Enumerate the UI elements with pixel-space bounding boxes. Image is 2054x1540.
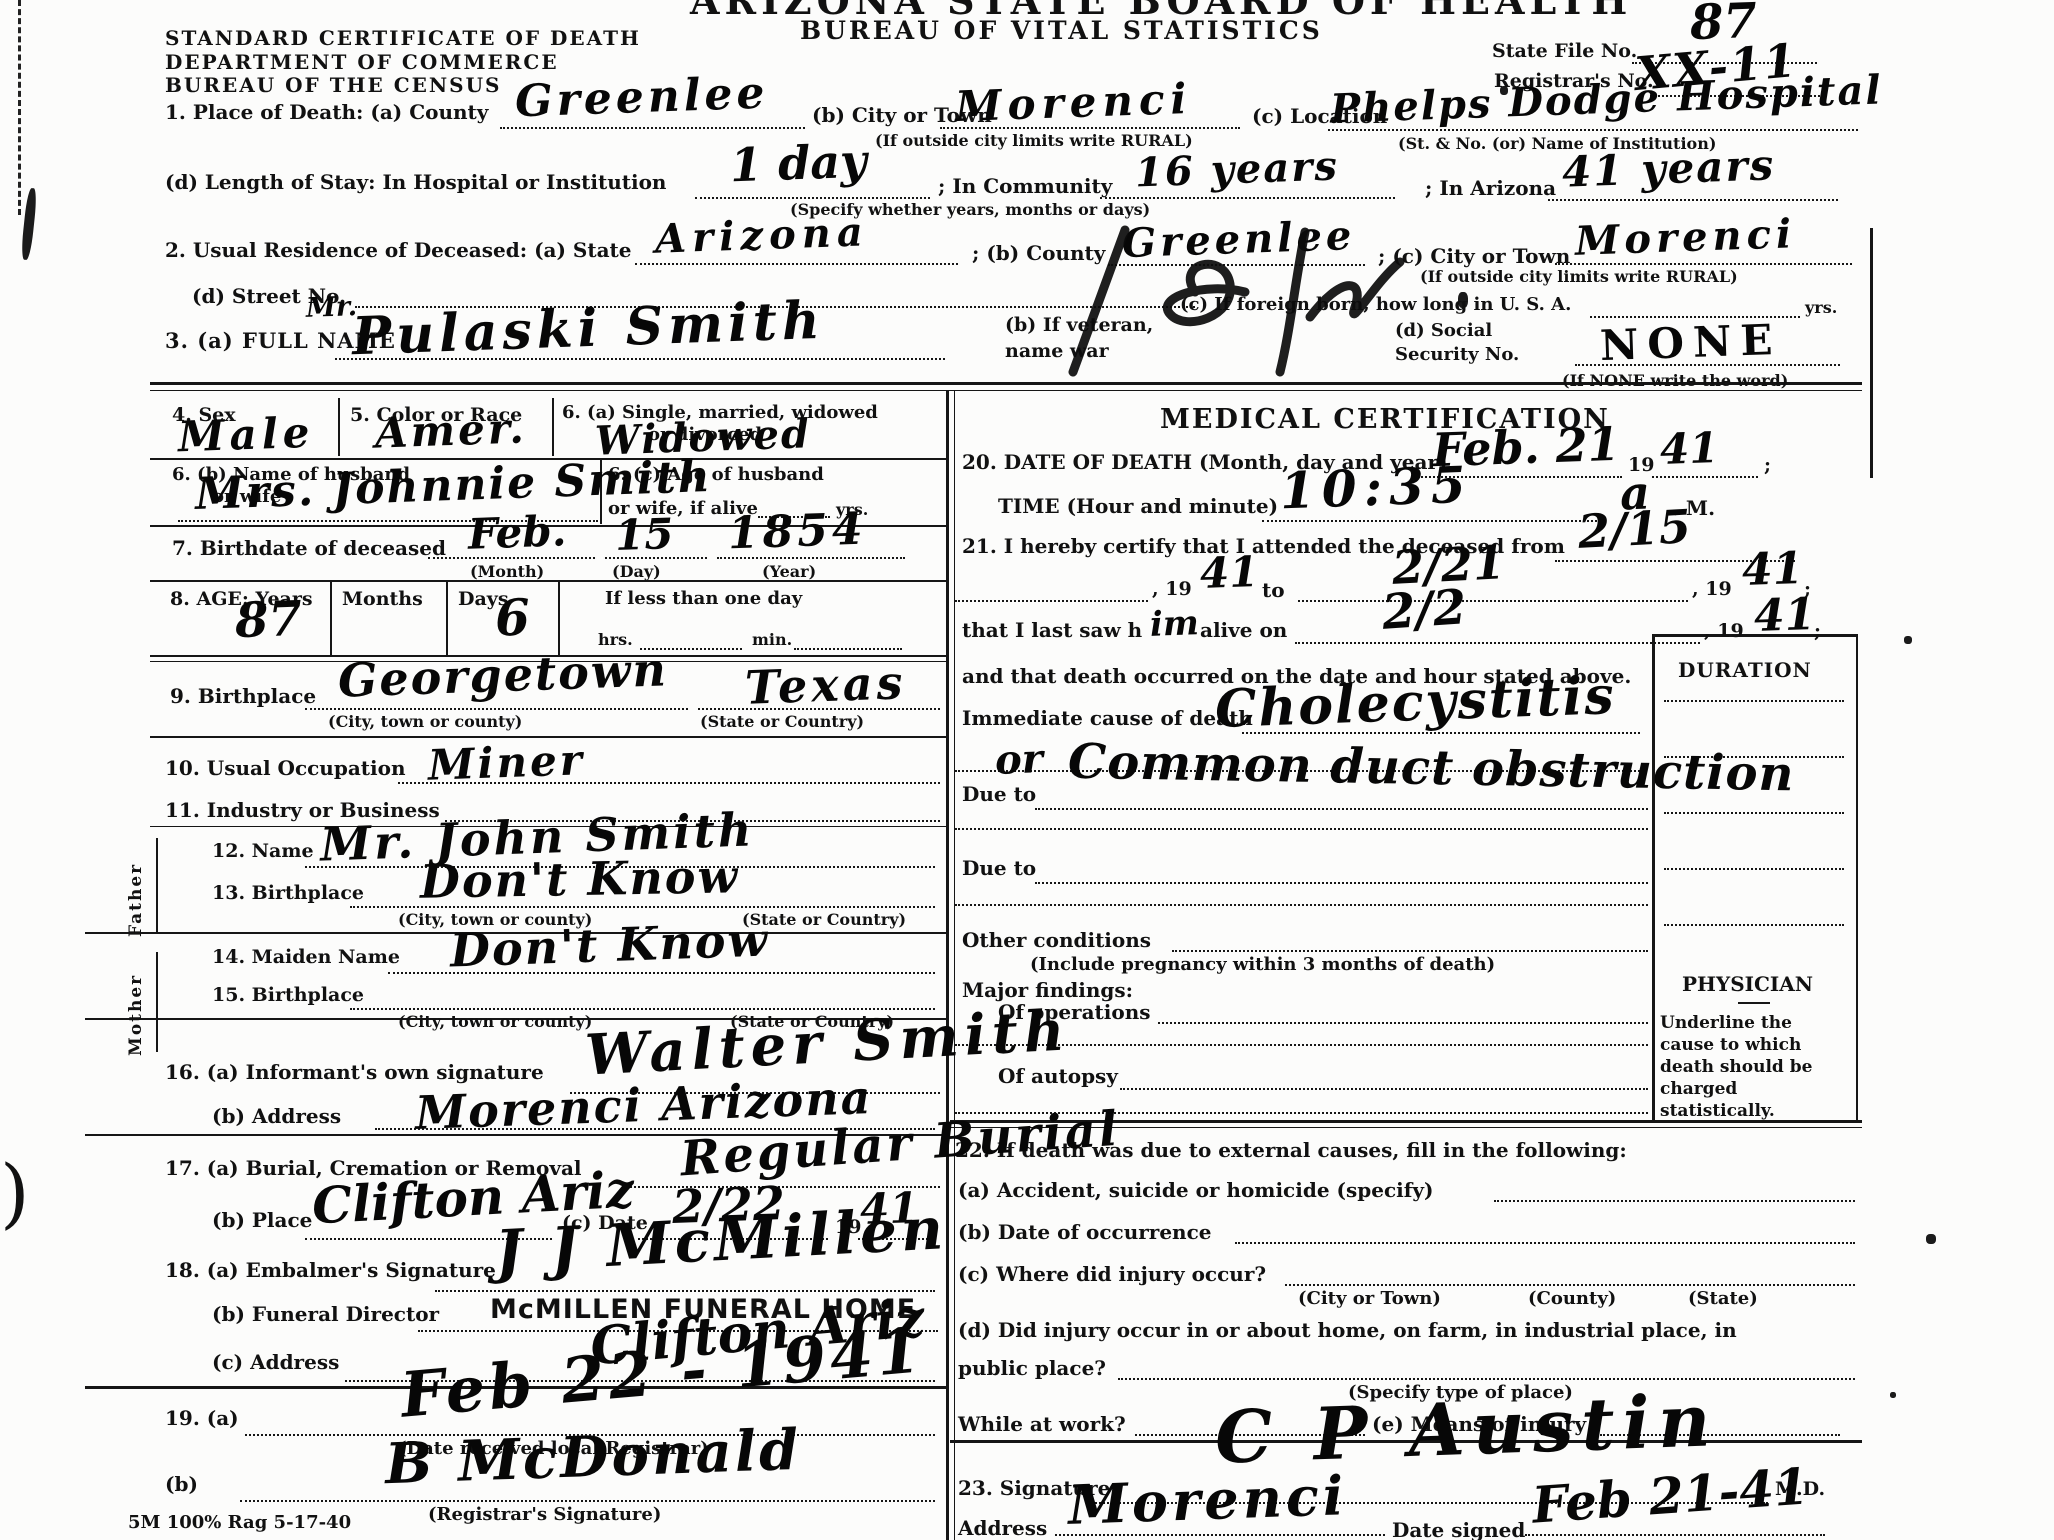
birthplace-label: 9. Birthplace bbox=[170, 684, 316, 708]
full-name-value: Pulaski Smith bbox=[351, 290, 826, 367]
stay-hospital-value: 1 day bbox=[729, 134, 868, 193]
field-line bbox=[1120, 1088, 1648, 1090]
physician-label: PHYSICIAN bbox=[1682, 972, 1813, 996]
field-line bbox=[1100, 197, 1395, 199]
field-line bbox=[1158, 1022, 1648, 1024]
residence-label: 2. Usual Residence of Deceased: (a) Stat… bbox=[165, 238, 632, 262]
other-conditions-label: Other conditions bbox=[962, 928, 1151, 952]
dod-semi: ; bbox=[1764, 454, 1771, 476]
attend-year1-prefix: , 19 bbox=[1152, 578, 1192, 600]
field-line bbox=[1235, 1242, 1855, 1244]
time-label: TIME (Hour and minute) bbox=[998, 494, 1278, 518]
funeral-director-label: (b) Funeral Director bbox=[212, 1302, 439, 1326]
margin-paren-mark: ) bbox=[0, 1148, 30, 1237]
occupation-value: Miner bbox=[427, 735, 585, 789]
city-rural-note: (If outside city limits write RURAL) bbox=[875, 131, 1193, 150]
accident-label: (a) Accident, suicide or homicide (speci… bbox=[958, 1178, 1433, 1202]
scan-speck bbox=[1926, 1234, 1936, 1244]
attend-year1-value: 41 bbox=[1199, 547, 1259, 598]
other-conditions-note: (Include pregnancy within 3 months of de… bbox=[1030, 954, 1495, 975]
date-signed-value: Feb 21-41 bbox=[1530, 1456, 1810, 1534]
occurrence-date-label: (b) Date of occurrence bbox=[958, 1220, 1212, 1244]
due-to-value: Common duct obstruction bbox=[1068, 734, 1795, 803]
duration-line bbox=[1664, 812, 1844, 814]
due-to-2-label: Due to bbox=[962, 856, 1036, 880]
cell-divider bbox=[446, 582, 448, 655]
attend-year2-prefix: , 19 bbox=[1692, 578, 1732, 600]
column-divider bbox=[954, 390, 955, 1540]
sex-value: Male bbox=[177, 408, 315, 462]
field-line bbox=[1525, 1534, 1825, 1536]
mother-maiden-value: Don't Know bbox=[449, 912, 770, 977]
father-birthplace-label: 13. Birthplace bbox=[212, 882, 364, 904]
registrar-a-label: 19. (a) bbox=[165, 1406, 239, 1430]
where-note-state: (State) bbox=[1688, 1288, 1758, 1309]
standard-cert-line: STANDARD CERTIFICATE OF DEATH bbox=[165, 26, 641, 50]
field-line bbox=[435, 1290, 935, 1292]
field-line bbox=[955, 828, 1648, 830]
field-line bbox=[500, 127, 805, 129]
field-line bbox=[240, 1500, 935, 1502]
embalmer-addr-label: (c) Address bbox=[212, 1350, 339, 1374]
rule-line bbox=[150, 580, 946, 582]
attend-to-label: to bbox=[1262, 578, 1285, 602]
ink-scrawl bbox=[1055, 222, 1475, 387]
cell-divider bbox=[552, 398, 554, 456]
year-note: (Year) bbox=[762, 562, 816, 581]
mother-side-label: Mother bbox=[126, 956, 146, 1056]
registrar-b-label: (b) bbox=[165, 1472, 198, 1496]
race-value: Amer. bbox=[374, 403, 527, 457]
last-saw-him-value: im bbox=[1149, 603, 1199, 645]
last-saw-value: 2/2 bbox=[1380, 579, 1468, 641]
field-line bbox=[1035, 808, 1648, 810]
bureau-title: BUREAU OF VITAL STATISTICS bbox=[800, 16, 1323, 45]
field-line bbox=[1285, 1284, 1855, 1286]
field-line bbox=[1298, 600, 1688, 602]
embalmer-sig-label: 18. (a) Embalmer's Signature bbox=[165, 1258, 496, 1282]
scan-speck bbox=[1890, 1392, 1896, 1398]
birthdate-label: 7. Birthdate of deceased bbox=[172, 536, 446, 560]
mother-birthplace-label: 15. Birthplace bbox=[212, 984, 364, 1006]
field-line bbox=[305, 708, 688, 710]
duration-label: DURATION bbox=[1678, 658, 1812, 682]
physician-dash bbox=[1738, 1002, 1770, 1004]
field-line bbox=[1118, 1378, 1855, 1380]
mother-note-city: (City, town or county) bbox=[398, 1012, 592, 1031]
bracket-line bbox=[156, 952, 158, 1052]
dept-commerce-line: DEPARTMENT OF COMMERCE bbox=[165, 50, 559, 74]
birthdate-day-value: 15 bbox=[614, 509, 674, 560]
form-code: 5M 100% Rag 5-17-40 bbox=[128, 1512, 351, 1533]
field-line bbox=[1548, 199, 1838, 201]
physician-addr-value: Morenci bbox=[1067, 1463, 1348, 1537]
while-at-work-label: While at work? bbox=[958, 1412, 1126, 1436]
field-line bbox=[695, 197, 930, 199]
informant-sig-label: 16. (a) Informant's own signature bbox=[165, 1060, 544, 1084]
duration-box-border bbox=[1652, 634, 1655, 1122]
birthplace-state-value: Texas bbox=[744, 655, 907, 715]
location-value: Phelps Dodge Hospital bbox=[1329, 66, 1883, 132]
last-saw-label-2: alive on bbox=[1200, 618, 1287, 642]
date-signed-label: Date signed bbox=[1392, 1518, 1525, 1540]
autopsy-label: Of autopsy bbox=[998, 1064, 1118, 1088]
immediate-cause-label: Immediate cause of death bbox=[962, 706, 1253, 730]
scan-speck bbox=[20, 188, 37, 261]
ssn-note: (If NONE write the word) bbox=[1562, 371, 1788, 390]
physician-note: Underline the cause to which death shoul… bbox=[1660, 1012, 1850, 1122]
scan-speck bbox=[1904, 636, 1912, 644]
city-town-value: Morenci bbox=[954, 74, 1193, 131]
birthdate-month-value: Feb. bbox=[467, 506, 567, 558]
column-divider bbox=[946, 390, 949, 1540]
attend-year2-value: 41 bbox=[1741, 543, 1804, 596]
county-value: Greenlee bbox=[514, 68, 769, 128]
dod-year-value: 41 bbox=[1659, 423, 1719, 474]
arizona-label: ; In Arizona bbox=[1425, 176, 1556, 200]
age-months-label: Months bbox=[342, 588, 423, 610]
field-line bbox=[1262, 520, 1605, 522]
name-prefix-value: Mr. bbox=[305, 291, 357, 324]
duration-line bbox=[1664, 924, 1844, 926]
last-saw-label: that I last saw h bbox=[962, 618, 1142, 642]
field-line bbox=[1035, 882, 1648, 884]
mother-maiden-label: 14. Maiden Name bbox=[212, 946, 400, 968]
residence-state-value: Arizona bbox=[654, 208, 869, 262]
field-line bbox=[428, 557, 595, 559]
age-days-value: 6 bbox=[494, 587, 531, 647]
ssn-value: NONE bbox=[1599, 315, 1782, 370]
field-line bbox=[635, 263, 958, 265]
field-line bbox=[955, 904, 1648, 906]
where-note-city: (City or Town) bbox=[1298, 1288, 1441, 1309]
duration-line bbox=[1664, 868, 1844, 870]
immediate-cause-value-2: or bbox=[994, 735, 1043, 784]
birthplace-note-city: (City, town or county) bbox=[328, 712, 522, 731]
cell-divider bbox=[338, 398, 340, 456]
time-value: 10:35 bbox=[1279, 455, 1474, 521]
registrar-sig-value: B McDonald bbox=[384, 1417, 802, 1497]
occupation-label: 10. Usual Occupation bbox=[165, 756, 406, 780]
injury-home-label: (d) Did injury occur in or about home, o… bbox=[958, 1318, 1737, 1342]
cell-divider bbox=[558, 582, 560, 655]
community-value: 16 years bbox=[1134, 142, 1339, 196]
scan-margin-line bbox=[18, 0, 21, 215]
attend-from-value: 2/15 bbox=[1577, 499, 1692, 559]
father-side-label: Father bbox=[126, 842, 146, 937]
burial-place-label: (b) Place bbox=[212, 1208, 312, 1232]
day-note: (Day) bbox=[612, 562, 661, 581]
due-to-label: Due to bbox=[962, 782, 1036, 806]
age-less-label: If less than one day bbox=[605, 588, 802, 609]
community-label: ; In Community bbox=[938, 174, 1112, 198]
field-line bbox=[1295, 642, 1700, 644]
bracket-line bbox=[156, 838, 158, 934]
father-name-label: 12. Name bbox=[212, 840, 314, 862]
death-certificate-scan: ARIZONA STATE BOARD OF HEALTH BUREAU OF … bbox=[0, 0, 2054, 1540]
cell-divider bbox=[330, 582, 332, 655]
informant-addr-label: (b) Address bbox=[212, 1104, 341, 1128]
injury-public-label: public place? bbox=[958, 1356, 1106, 1380]
arizona-value: 41 years bbox=[1561, 140, 1776, 196]
duration-line bbox=[1664, 700, 1844, 702]
where-note-county: (County) bbox=[1528, 1288, 1616, 1309]
bureau-census-line: BUREAU OF THE CENSUS bbox=[165, 73, 501, 97]
field-line bbox=[1172, 950, 1648, 952]
state-file-label: State File No. bbox=[1492, 40, 1637, 62]
foreign-units-label: yrs. bbox=[1805, 298, 1837, 317]
min-label: min. bbox=[752, 630, 792, 649]
field-line bbox=[955, 600, 1148, 602]
month-note: (Month) bbox=[470, 562, 544, 581]
duration-box-border bbox=[1856, 634, 1858, 1122]
field-line bbox=[1652, 476, 1758, 478]
birthdate-year-value: 1854 bbox=[727, 504, 867, 560]
where-injury-label: (c) Where did injury occur? bbox=[958, 1262, 1266, 1286]
birthplace-city-value: Georgetown bbox=[337, 642, 669, 707]
field-line bbox=[794, 648, 902, 650]
registrar-sig-note: (Registrar's Signature) bbox=[428, 1504, 661, 1525]
father-birthplace-value: Don't Know bbox=[420, 849, 740, 909]
age-years-value: 87 bbox=[234, 591, 303, 649]
physician-addr-label: Address bbox=[958, 1516, 1047, 1540]
immediate-cause-value: Cholecystitis bbox=[1214, 665, 1617, 740]
birthplace-note-state: (State or Country) bbox=[700, 712, 864, 731]
scan-edge-line bbox=[1870, 228, 1873, 478]
residence-city-value: Morenci bbox=[1574, 210, 1797, 265]
last-saw-year-value: 41 bbox=[1753, 589, 1816, 642]
last-saw-year-prefix: , 19 bbox=[1704, 620, 1744, 642]
field-line bbox=[1494, 1200, 1855, 1202]
section-rule bbox=[150, 390, 1862, 391]
length-of-stay-label: (d) Length of Stay: In Hospital or Insti… bbox=[165, 170, 666, 194]
place-of-death-label: 1. Place of Death: (a) County bbox=[165, 100, 488, 124]
